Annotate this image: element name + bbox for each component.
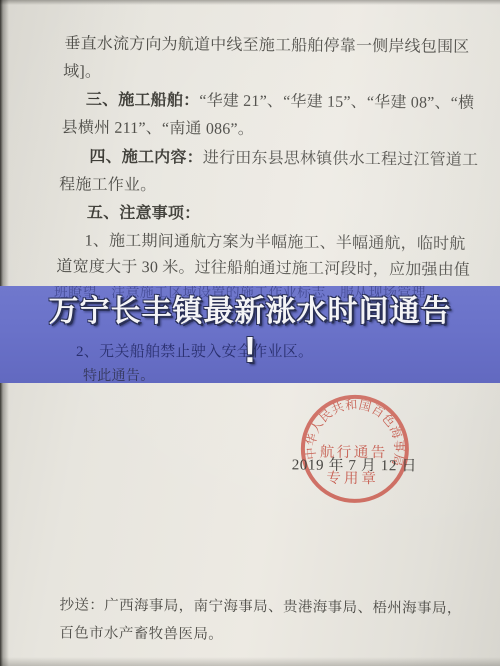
body-line-2: 域]。 [63, 64, 101, 80]
flood-notice-banner: 班瞭望，注意施工区域设置的施工作业标志，服从现场管理 2、无关船舶禁止驶入安全作… [0, 286, 500, 383]
section-heading-notes: 五、注意事项： [87, 205, 201, 223]
body-line-4: 县横州 211”、“南通 086”。 [62, 120, 254, 138]
body-line-6: 程施工作业。 [59, 177, 156, 194]
body-line-5: 四、施工内容：进行田东县思林镇供水工程过江管道工 [89, 150, 478, 169]
banner-exclamation: ! [0, 332, 500, 368]
body-line-1: 垂直水流方向为航道中线至施工船舶停靠一侧岸线包围区 [64, 36, 469, 56]
body-line-7: 五、注意事项： [87, 206, 201, 223]
section-heading-ships: 三、施工船舶： [86, 92, 200, 110]
body-line-8: 1、施工期间通航方案为半幅施工、半幅通航，临时航 [85, 234, 466, 253]
date-stamp: 2019 年 7 月 12 日 [292, 453, 417, 475]
body-line-3: 三、施工船舶：“华建 21”、“华建 15”、“华建 08”、“横 [86, 93, 474, 112]
banner-title: 万宁长丰镇最新涨水时间通告 [0, 296, 500, 328]
body-line-3-text: “华建 21”、“华建 15”、“华建 08”、“横 [199, 93, 474, 112]
obscured-line-bottom: 特此通告。 [83, 370, 155, 383]
cc-line-1: 抄送：广西海事局，南宁海事局、贵港海事局、梧州海事局， [59, 598, 461, 616]
cc-line-2: 百色市水产畜牧兽医局。 [59, 626, 223, 642]
body-line-9: 道宽度大于 30 米。过往船舶通过施工河段时，应加强由值 [56, 259, 470, 279]
document-photo: 垂直水流方向为航道中线至施工船舶停靠一侧岸线包围区 域]。 三、施工船舶：“华建… [0, 0, 500, 666]
section-heading-content: 四、施工内容： [89, 149, 203, 167]
body-line-5-text: 进行田东县思林镇供水工程过江管道工 [203, 150, 479, 169]
